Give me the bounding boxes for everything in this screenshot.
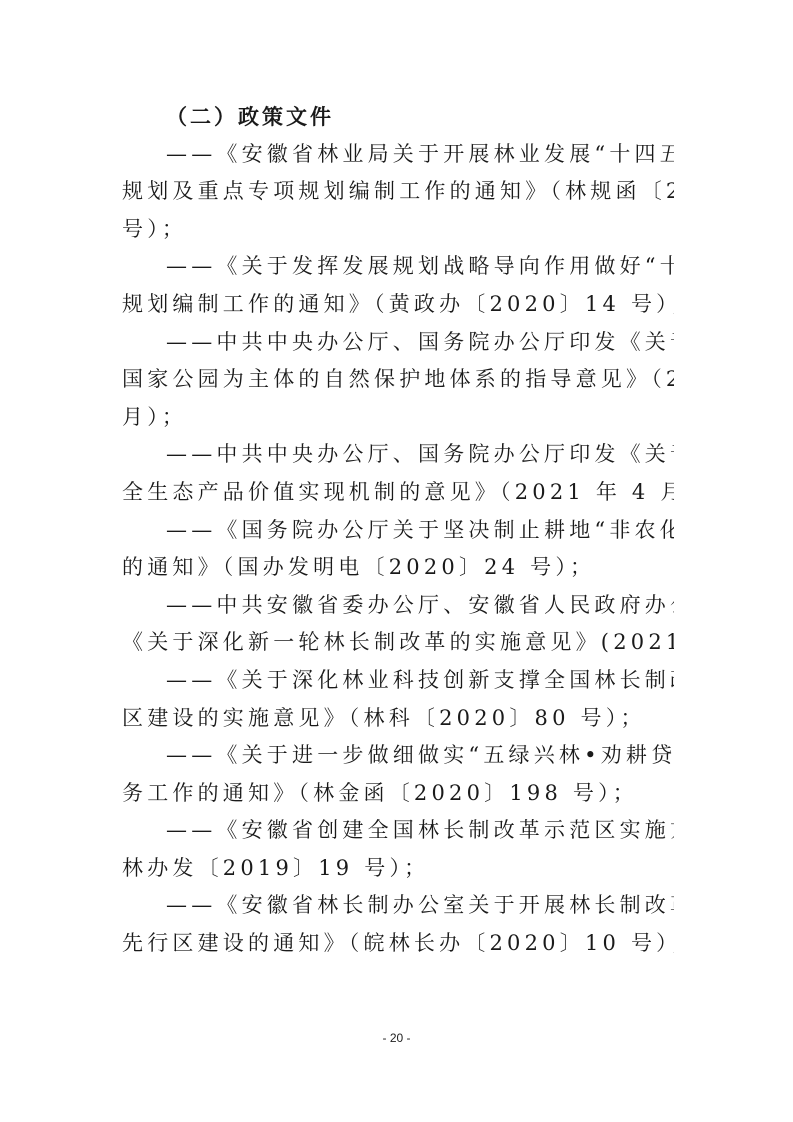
section-heading: （二）政策文件	[122, 98, 674, 136]
policy-item: ——《安徽省林长制办公室关于开展林长制改革示范区 先行区建设的通知》（皖林长办〔…	[122, 887, 674, 962]
policy-text-line: 号）；	[122, 211, 674, 249]
policy-text-line: ——中共中央办公厅、国务院办公厅印发《关于建立健	[122, 436, 674, 474]
policy-text-line: 国家公园为主体的自然保护地体系的指导意见》（2019 年 6	[122, 361, 674, 399]
policy-text-line: 先行区建设的通知》（皖林长办〔2020〕10 号）；	[122, 925, 674, 963]
policy-item: ——《关于深化林业科技创新支撑全国林长制改革示范 区建设的实施意见》（林科〔20…	[122, 662, 674, 737]
policy-text-line: 全生态产品价值实现机制的意见》（2021 年 4 月）；	[122, 474, 674, 512]
policy-text-line: ——《关于发挥发展规划战略导向作用做好“十四五”	[122, 248, 674, 286]
policy-item: ——中共中央办公厅、国务院办公厅印发《关于建立健 全生态产品价值实现机制的意见》…	[122, 436, 674, 511]
policy-text-line: 规划及重点专项规划编制工作的通知》（林规函〔2020〕78	[122, 173, 674, 211]
policy-text-line: ——《关于深化林业科技创新支撑全国林长制改革示范	[122, 662, 674, 700]
policy-text-line: 规划编制工作的通知》（黄政办〔2020〕14 号）；	[122, 286, 674, 324]
policy-text-line: 《关于深化新一轮林长制改革的实施意见》(2021 年 8 月);	[122, 624, 674, 662]
policy-item: ——中共中央办公厅、国务院办公厅印发《关于建立以 国家公园为主体的自然保护地体系…	[122, 324, 674, 437]
policy-item: ——《安徽省林业局关于开展林业发展“十四五”总体 规划及重点专项规划编制工作的通…	[122, 136, 674, 249]
policy-item: ——《国务院办公厅关于坚决制止耕地“非农化”行为 的通知》（国办发明电〔2020…	[122, 512, 674, 587]
policy-text-line: 务工作的通知》（林金函〔2020〕198 号）；	[122, 775, 674, 813]
policy-item: ——中共安徽省委办公厅、安徽省人民政府办公厅印发 《关于深化新一轮林长制改革的实…	[122, 587, 674, 662]
document-page: （二）政策文件 ——《安徽省林业局关于开展林业发展“十四五”总体 规划及重点专项…	[122, 98, 674, 963]
policy-text-line: 林办发〔2019〕19 号）；	[122, 850, 674, 888]
policy-text-line: 的通知》（国办发明电〔2020〕24 号）；	[122, 549, 674, 587]
page-number: - 20 -	[0, 1031, 793, 1045]
policy-item: ——《关于进一步做细做实“五绿兴林•劝耕贷”融资业 务工作的通知》（林金函〔20…	[122, 737, 674, 812]
policy-text-line: ——《国务院办公厅关于坚决制止耕地“非农化”行为	[122, 512, 674, 550]
policy-text-line: 区建设的实施意见》（林科〔2020〕80 号）；	[122, 700, 674, 738]
policy-text-line: ——中共中央办公厅、国务院办公厅印发《关于建立以	[122, 324, 674, 362]
policy-item: ——《安徽省创建全国林长制改革示范区实施方案》(皖 林办发〔2019〕19 号）…	[122, 812, 674, 887]
policy-text-line: ——《安徽省创建全国林长制改革示范区实施方案》(皖	[122, 812, 674, 850]
policy-item: ——《关于发挥发展规划战略导向作用做好“十四五” 规划编制工作的通知》（黄政办〔…	[122, 248, 674, 323]
policy-text-line: ——《安徽省林长制办公室关于开展林长制改革示范区	[122, 887, 674, 925]
policy-text-line: 月）；	[122, 399, 674, 437]
policy-text-line: ——《关于进一步做细做实“五绿兴林•劝耕贷”融资业	[122, 737, 674, 775]
policy-text-line: ——《安徽省林业局关于开展林业发展“十四五”总体	[122, 136, 674, 174]
policy-text-line: ——中共安徽省委办公厅、安徽省人民政府办公厅印发	[122, 587, 674, 625]
